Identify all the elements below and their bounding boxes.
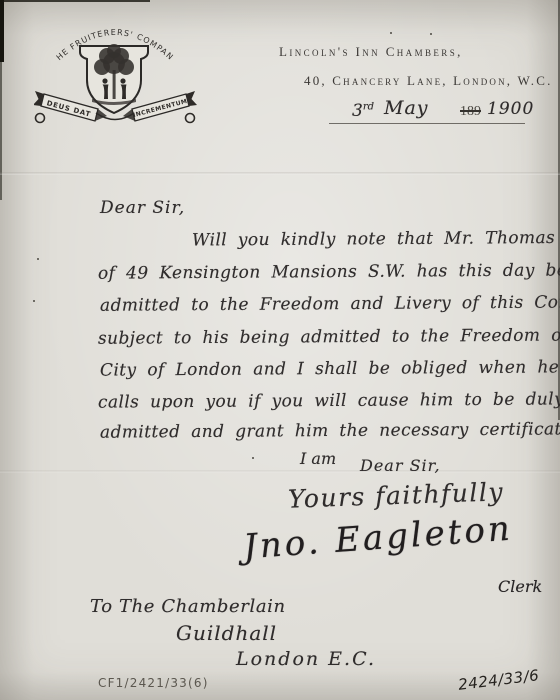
closing-i-am: I am (300, 449, 336, 468)
date-year: 1900 (487, 99, 534, 119)
fold-crease (0, 470, 560, 473)
ink-speck (252, 457, 254, 459)
body-line: City of London and I shall be obliged wh… (100, 357, 559, 380)
printed-year-struck-through: 189 (460, 104, 481, 120)
body-line: admitted and grant him the necessary cer… (100, 419, 560, 442)
recipient-line-place: Guildhall (176, 621, 277, 645)
signer-title: Clerk (498, 577, 542, 596)
scan-edge-artifact (0, 0, 150, 2)
ink-speck (37, 258, 39, 260)
letterhead-address-line2: 40, Chancery Lane, London, W.C. (304, 73, 553, 89)
fold-crease (0, 172, 560, 175)
closing-dear-sir: Dear Sir, (360, 456, 441, 475)
ink-speck (33, 300, 35, 302)
scanned-letter: THE FRUITERERS' COMPANY DEUS DAT (0, 0, 560, 700)
body-line: of 49 Kensington Mansions S.W. has this … (98, 260, 560, 283)
body-line: subject to his being admitted to the Fre… (98, 325, 560, 349)
body-line: calls upon you if you will cause him to … (98, 389, 560, 412)
ink-speck (430, 33, 432, 35)
scan-edge-artifact (0, 0, 4, 62)
recipient-line-to: To The Chamberlain (90, 596, 286, 617)
signature: Jno. Eagleton (242, 509, 514, 568)
fruiterers-company-crest: THE FRUITERERS' COMPANY DEUS DAT (34, 8, 199, 143)
body-line: admitted to the Freedom and Livery of th… (100, 292, 560, 316)
date-day-suffix: rd (363, 101, 374, 112)
archive-reference-pencil: CF1/2421/33(6) (98, 676, 209, 690)
scan-edge-artifact (0, 60, 2, 200)
recipient-line-city: London E.C. (236, 648, 376, 670)
archive-reference-ink: 2424/33/6 (457, 666, 540, 694)
valediction: Yours faithfully (288, 477, 505, 514)
date-day-number: 3 (352, 101, 363, 121)
body-line: Will you kindly note that Mr. Thomas Par… (192, 227, 560, 250)
ink-speck (390, 32, 392, 34)
salutation: Dear Sir, (100, 198, 185, 218)
date-month: May (384, 97, 429, 119)
date-day: 3rd (352, 101, 374, 121)
letterhead-address-line1: Lincoln's Inn Chambers, (279, 44, 463, 60)
